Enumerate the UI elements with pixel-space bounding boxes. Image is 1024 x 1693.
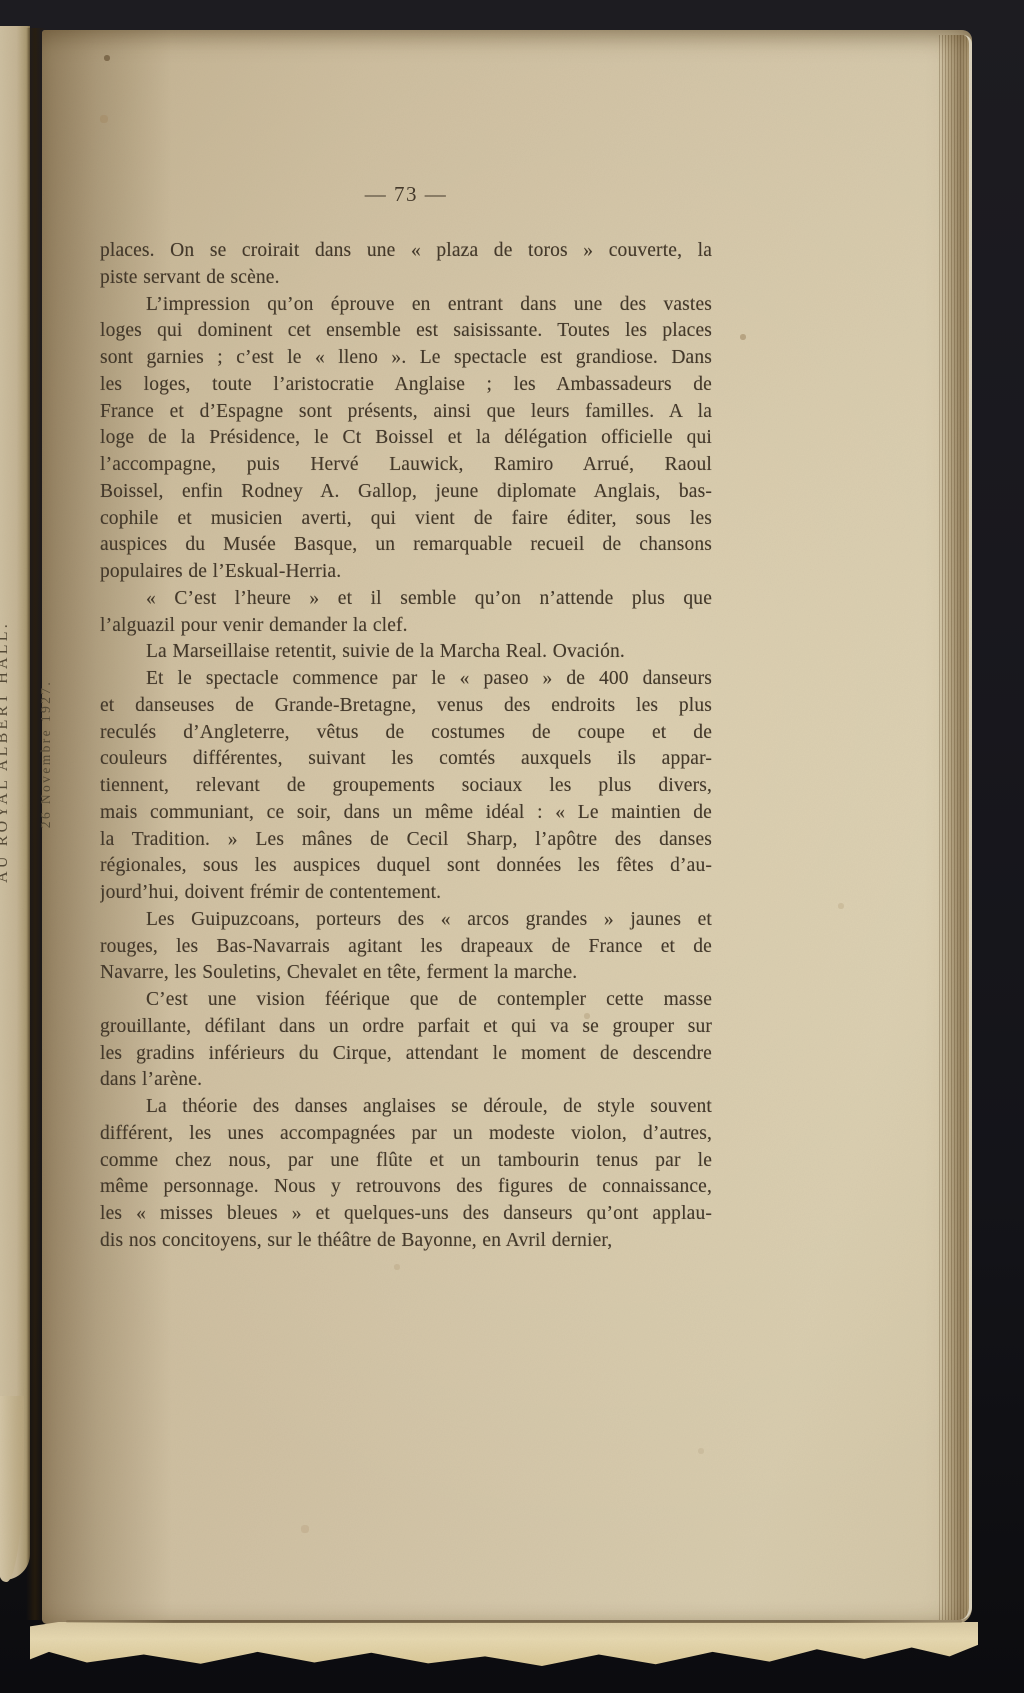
paragraph: C’est une vision féérique que de contemp… (100, 987, 712, 1094)
text-line: « C’est l’heure » et il semble qu’on n’a… (100, 586, 712, 613)
margin-note-date: 26 Novembre 1927. (38, 680, 54, 828)
book-scan: — 73 — places. On se croirait dans une «… (0, 0, 1024, 1693)
paragraph: « C’est l’heure » et il semble qu’on n’a… (100, 586, 712, 640)
text-line: piste servant de scène. (100, 265, 712, 292)
text-line: Navarre, les Souletins, Chevalet en tête… (100, 960, 712, 987)
text-line: la Tradition. » Les mânes de Cecil Sharp… (100, 827, 712, 854)
text-line: La Marseillaise retentit, suivie de la M… (100, 639, 712, 666)
text-line: même personnage. Nous y retrouvons des f… (100, 1174, 712, 1201)
text-line: loges qui dominent cet ensemble est sais… (100, 318, 712, 345)
text-line: Les Guipuzcoans, porteurs des « arcos gr… (100, 907, 712, 934)
text-line: C’est une vision féérique que de contemp… (100, 987, 712, 1014)
paragraph: La Marseillaise retentit, suivie de la M… (100, 639, 712, 666)
text-line: tiennent, relevant de groupements sociau… (100, 773, 712, 800)
text-line: reculés d’Angleterre, vêtus de costumes … (100, 720, 712, 747)
paragraph: La théorie des danses anglaises se dérou… (100, 1094, 712, 1255)
text-line: mais communiant, ce soir, dans un même i… (100, 800, 712, 827)
foxing-specks (42, 30, 44, 32)
text-line: places. On se croirait dans une « plaza … (100, 238, 712, 265)
text-line: différent, les unes accompagnées par un … (100, 1121, 712, 1148)
margin-note-title: AU ROYAL ALBERT HALL. (0, 621, 12, 883)
sheet-bottom-edge-line (66, 1620, 962, 1623)
text-line: et danseuses de Grande-Bretagne, venus d… (100, 693, 712, 720)
book-page: — 73 — places. On se croirait dans une «… (42, 30, 972, 1624)
text-line: Et le spectacle commence par le « paseo … (100, 666, 712, 693)
text-line: grouillante, défilant dans un ordre parf… (100, 1014, 712, 1041)
paragraph: Les Guipuzcoans, porteurs des « arcos gr… (100, 907, 712, 987)
text-block: places. On se croirait dans une « plaza … (100, 238, 712, 1255)
page-number: — 73 — (100, 182, 712, 207)
text-line: couleurs différentes, suivant les comtés… (100, 746, 712, 773)
paragraph: places. On se croirait dans une « plaza … (100, 238, 712, 292)
page-edge-stack (939, 35, 972, 1620)
text-line: comme chez nous, par une flûte et un tam… (100, 1148, 712, 1175)
text-line: les « misses bleues » et quelques-uns de… (100, 1201, 712, 1228)
text-line: jourd’hui, doivent frémir de contentemen… (100, 880, 712, 907)
paragraph: Et le spectacle commence par le « paseo … (100, 666, 712, 907)
text-line: régionales, sous les auspices duquel son… (100, 853, 712, 880)
text-line: cophile et musicien averti, qui vient de… (100, 506, 712, 533)
text-line: rouges, les Bas-Navarrais agitant les dr… (100, 934, 712, 961)
text-line: les gradins inférieurs du Cirque, attend… (100, 1041, 712, 1068)
text-line: auspices du Musée Basque, un remarquable… (100, 532, 712, 559)
text-line: France et d’Espagne sont présents, ainsi… (100, 399, 712, 426)
text-line: populaires de l’Eskual-Herria. (100, 559, 712, 586)
text-line: les loges, toute l’aristocratie Anglaise… (100, 372, 712, 399)
text-line: loge de la Présidence, le Ct Boissel et … (100, 425, 712, 452)
text-line: L’impression qu’on éprouve en entrant da… (100, 292, 712, 319)
paragraph: L’impression qu’on éprouve en entrant da… (100, 292, 712, 586)
text-line: La théorie des danses anglaises se dérou… (100, 1094, 712, 1121)
text-line: sont garnies ; c’est le « lleno ». Le sp… (100, 345, 712, 372)
text-line: dans l’arène. (100, 1067, 712, 1094)
deckle-edge (30, 1622, 978, 1666)
text-line: dis nos concitoyens, sur le théâtre de B… (100, 1228, 712, 1255)
text-line: Boissel, enfin Rodney A. Gallop, jeune d… (100, 479, 712, 506)
text-line: l’alguazil pour venir demander la clef. (100, 613, 712, 640)
text-line: l’accompagne, puis Hervé Lauwick, Ramiro… (100, 452, 712, 479)
